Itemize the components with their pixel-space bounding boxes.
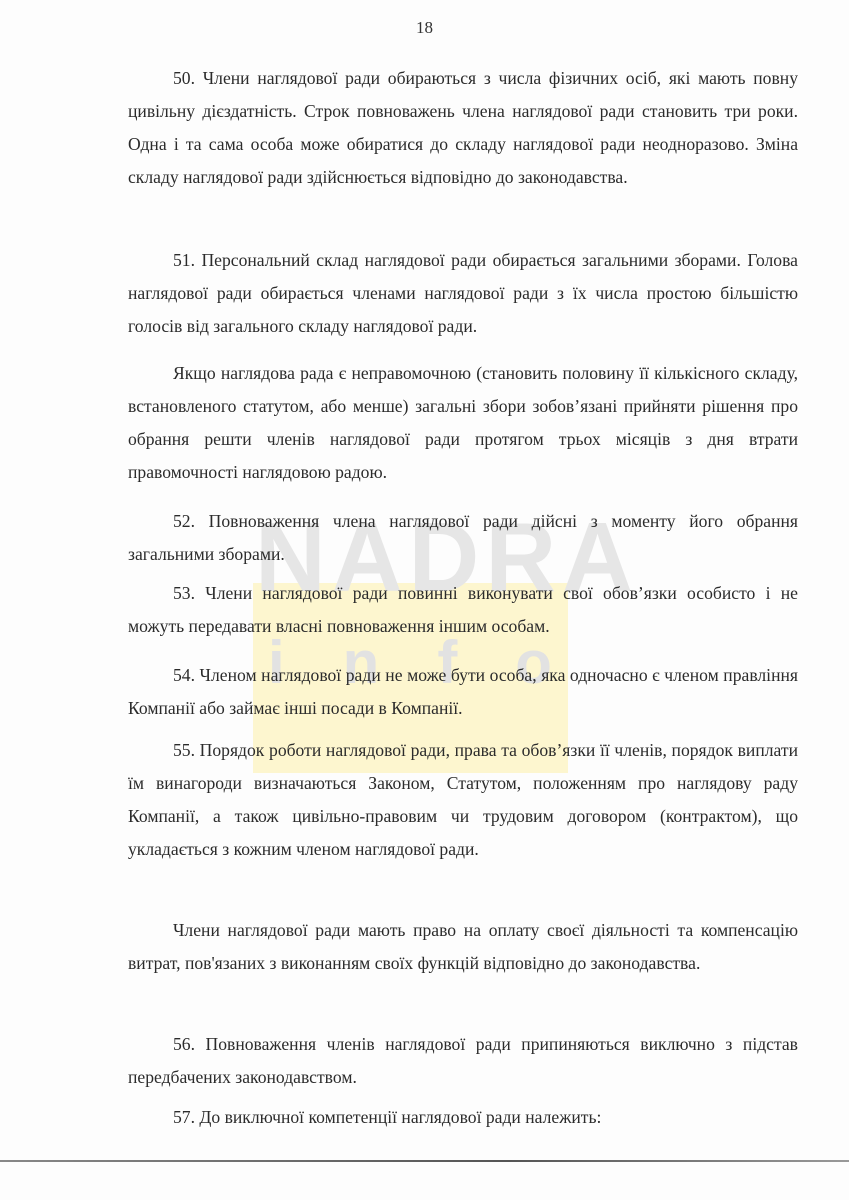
paragraph-57: 57. До виключної компетенції наглядової …: [128, 1101, 798, 1134]
paragraph-51-b: Якщо наглядова рада є неправомочною (ста…: [128, 357, 798, 489]
scan-bottom-edge: [0, 1160, 849, 1162]
paragraph-52: 52. Повноваження члена наглядової ради д…: [128, 505, 798, 571]
paragraph-53: 53. Члени наглядової ради повинні викону…: [128, 577, 798, 643]
paragraph-55-b: Члени наглядової ради мають право на опл…: [128, 914, 798, 980]
document-page: 18 NADRA info 50. Члени наглядової ради …: [0, 0, 849, 1200]
paragraph-55: 55. Порядок роботи наглядової ради, прав…: [128, 734, 798, 866]
paragraph-56: 56. Повноваження членів наглядової ради …: [128, 1028, 798, 1094]
paragraph-54: 54. Членом наглядової ради не може бути …: [128, 659, 798, 725]
page-number: 18: [0, 18, 849, 38]
paragraph-51: 51. Персональний склад наглядової ради о…: [128, 244, 798, 343]
paragraph-50: 50. Члени наглядової ради обираються з ч…: [128, 62, 798, 194]
